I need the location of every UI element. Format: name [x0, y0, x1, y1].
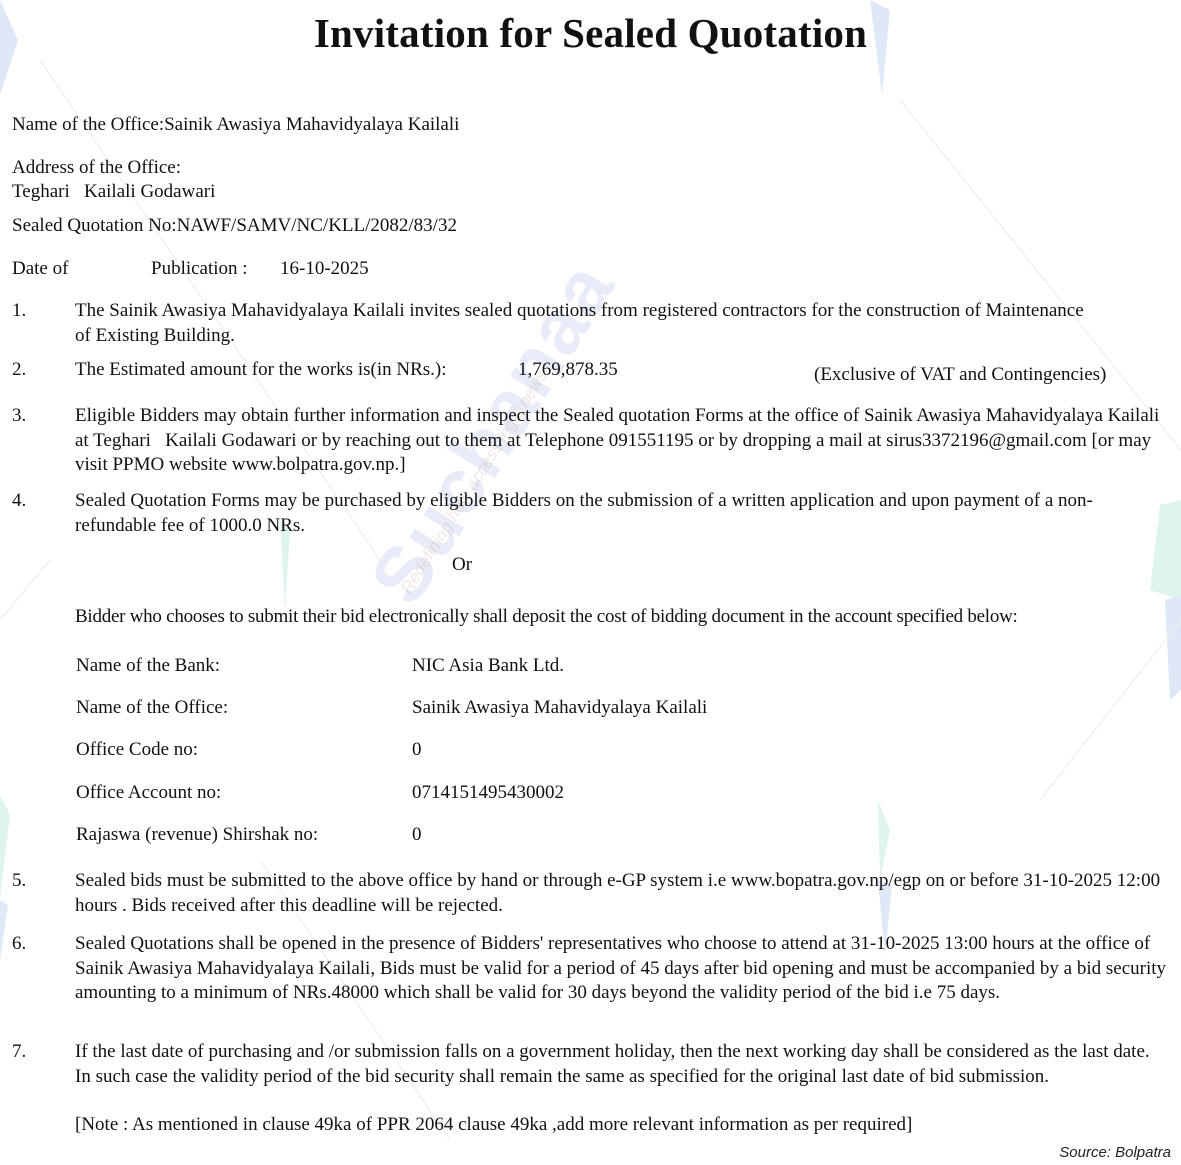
page-title: Invitation for Sealed Quotation [0, 10, 1181, 56]
bank-name-label: Name of the Bank: [76, 654, 220, 679]
electronic-bid-text: Bidder who chooses to submit their bid e… [75, 605, 1018, 630]
clause-number: 1. [12, 299, 26, 324]
amount-note: (Exclusive of VAT and Contingencies) [814, 363, 1106, 388]
quotation-number: Sealed Quotation No:NAWF/SAMV/NC/KLL/208… [12, 214, 457, 239]
clause-number: 7. [12, 1040, 26, 1065]
office-name-label: Name of the Office: [76, 696, 228, 721]
publication-label: Publication : [151, 257, 248, 282]
or-separator: Or [452, 553, 472, 578]
revenue-head-value: 0 [412, 823, 422, 848]
clause-text: The Sainik Awasiya Mahavidyalaya Kailali… [75, 299, 1095, 348]
office-name: Name of the Office:Sainik Awasiya Mahavi… [12, 113, 459, 138]
clause-text: Eligible Bidders may obtain further info… [75, 404, 1167, 478]
clause-note: [Note : As mentioned in clause 49ka of P… [75, 1113, 1167, 1138]
office-name-value: Sainik Awasiya Mahavidyalaya Kailali [412, 696, 707, 721]
address-label: Address of the Office: [12, 156, 181, 181]
bank-name-value: NIC Asia Bank Ltd. [412, 654, 564, 679]
clause-text: If the last date of purchasing and /or s… [75, 1040, 1167, 1089]
clause-number: 4. [12, 489, 26, 514]
office-code-value: 0 [412, 738, 422, 763]
account-number-value: 0714151495430002 [412, 781, 564, 806]
watermark-tagline: Redefining how access legal news [396, 366, 554, 599]
clause-number: 3. [12, 404, 26, 429]
office-code-label: Office Code no: [76, 738, 198, 763]
address-value: Teghari Kailali Godawari [12, 180, 215, 205]
publication-date: 16-10-2025 [280, 257, 369, 282]
clause-text: Sealed Quotations shall be opened in the… [75, 932, 1167, 1006]
clause-number: 5. [12, 869, 26, 894]
estimated-amount: 1,769,878.35 [518, 358, 618, 383]
clause-number: 2. [12, 358, 26, 383]
date-label: Date of [12, 257, 68, 282]
source-credit: Source: Bolpatra [1059, 1141, 1171, 1165]
account-number-label: Office Account no: [76, 781, 221, 806]
clause-text: Sealed bids must be submitted to the abo… [75, 869, 1167, 918]
revenue-head-label: Rajaswa (revenue) Shirshak no: [76, 823, 318, 848]
clause-text: Sealed Quotation Forms may be purchased … [75, 489, 1167, 538]
clause-number: 6. [12, 932, 26, 957]
